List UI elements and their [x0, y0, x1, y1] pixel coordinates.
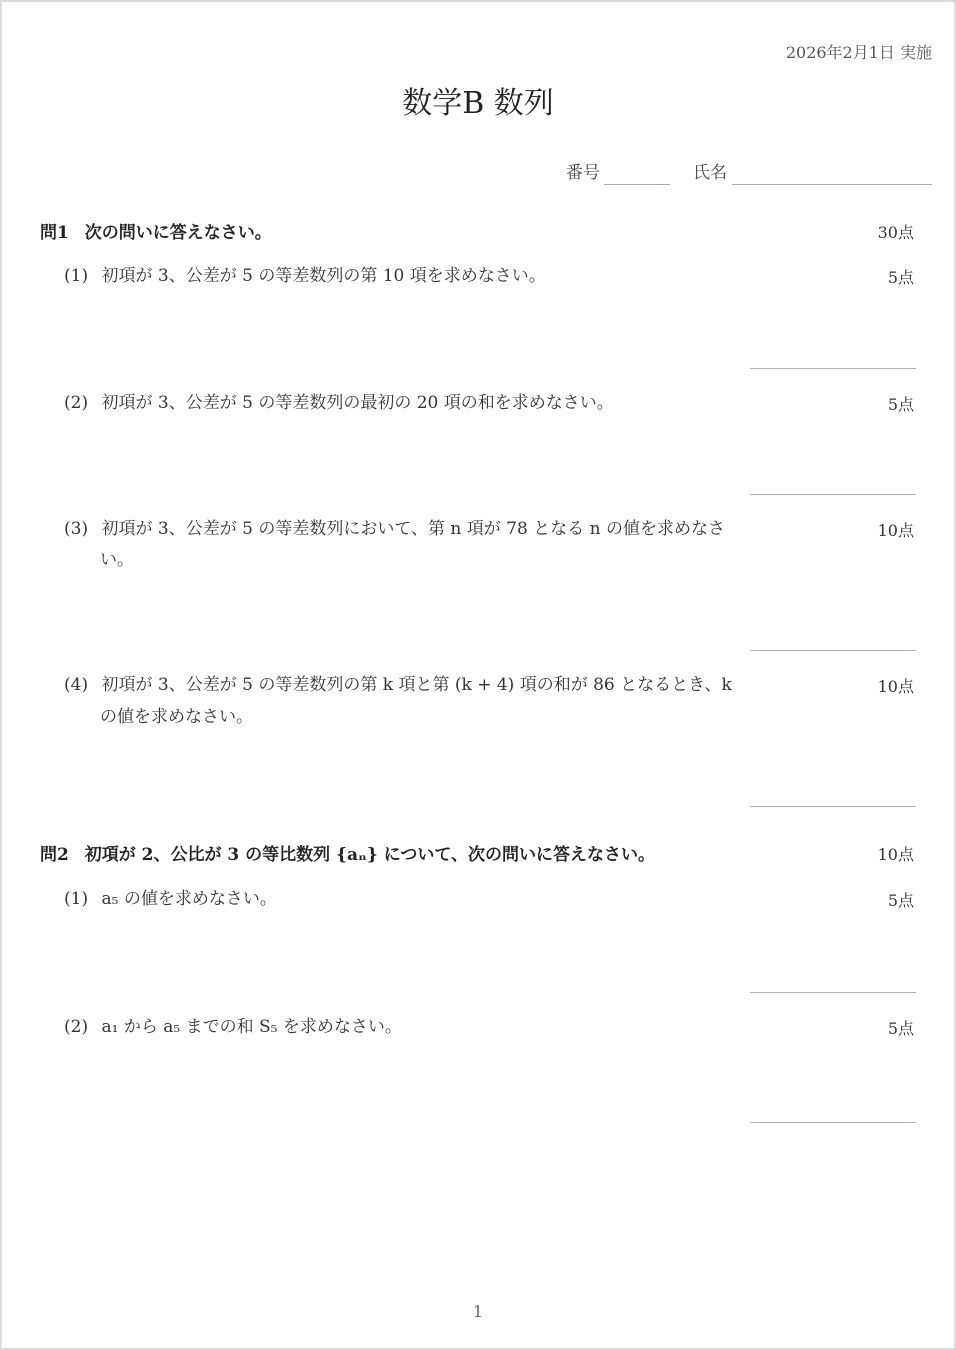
question-1-1: (1) 初項が 3、公差が 5 の等差数列の第 10 項を求めなさい。 — [64, 260, 546, 292]
question-1-label: 問1 — [40, 223, 69, 243]
question-2-header: 問2 初項が 2、公比が 3 の等比数列 {aₙ} について、次の問いに答えなさ… — [40, 840, 655, 865]
question-1-3: (3) 初項が 3、公差が 5 の等差数列において、第 n 項が 78 となる … — [64, 513, 725, 545]
item-number: (3) — [64, 519, 88, 539]
answer-line-1-1[interactable] — [750, 368, 916, 369]
exam-page: 2026年2月1日 実施 数学B 数列 番号 氏名 問1 次の問いに答えなさい。… — [0, 0, 956, 1350]
exam-date: 2026年2月1日 実施 — [786, 40, 932, 63]
question-1-2: (2) 初項が 3、公差が 5 の等差数列の最初の 20 項の和を求めなさい。 — [64, 387, 614, 419]
question-2-2: (2) a₁ から a₅ までの和 S₅ を求めなさい。 — [64, 1011, 402, 1043]
page-number: 1 — [2, 1302, 954, 1321]
question-1-3-points: 10点 — [834, 518, 914, 541]
question-2-label: 問2 — [40, 845, 69, 865]
question-2-text: 初項が 2、公比が 3 の等比数列 {aₙ} について、次の問いに答えなさい。 — [85, 845, 655, 865]
question-1-4-points: 10点 — [834, 674, 914, 697]
answer-line-2-1[interactable] — [750, 992, 916, 993]
item-text-line2: い。 — [100, 544, 134, 576]
question-1-1-points: 5点 — [834, 265, 914, 288]
item-text-line2: の値を求めなさい。 — [100, 701, 253, 733]
answer-line-1-3[interactable] — [750, 650, 916, 651]
question-2-points: 10点 — [834, 842, 914, 865]
question-2-2-points: 5点 — [834, 1016, 914, 1039]
answer-line-1-4[interactable] — [750, 806, 916, 807]
answer-line-2-2[interactable] — [750, 1122, 916, 1123]
question-1-text: 次の問いに答えなさい。 — [85, 223, 272, 243]
item-text: 初項が 3、公差が 5 の等差数列の最初の 20 項の和を求めなさい。 — [102, 393, 614, 413]
name-label: 氏名 — [693, 158, 727, 183]
number-field[interactable] — [604, 184, 670, 185]
question-1-header: 問1 次の問いに答えなさい。 — [40, 218, 272, 243]
item-text: 初項が 3、公差が 5 の等差数列の第 10 項を求めなさい。 — [102, 266, 546, 286]
item-text: a₁ から a₅ までの和 S₅ を求めなさい。 — [102, 1017, 402, 1037]
question-1-4: (4) 初項が 3、公差が 5 の等差数列の第 k 項と第 (k + 4) 項の… — [64, 669, 732, 701]
item-number: (4) — [64, 675, 88, 695]
question-1-points: 30点 — [834, 220, 914, 243]
question-2-1: (1) a₅ の値を求めなさい。 — [64, 883, 277, 915]
number-label: 番号 — [566, 158, 600, 183]
item-number: (2) — [64, 393, 88, 413]
question-1-2-points: 5点 — [834, 392, 914, 415]
page-title: 数学B 数列 — [2, 78, 954, 122]
item-text-line1: 初項が 3、公差が 5 の等差数列において、第 n 項が 78 となる n の値… — [102, 519, 725, 539]
answer-line-1-2[interactable] — [750, 494, 916, 495]
question-2-1-points: 5点 — [834, 888, 914, 911]
item-number: (1) — [64, 266, 88, 286]
name-field[interactable] — [732, 184, 932, 185]
item-text: a₅ の値を求めなさい。 — [102, 889, 277, 909]
item-number: (2) — [64, 1017, 88, 1037]
item-text-line1: 初項が 3、公差が 5 の等差数列の第 k 項と第 (k + 4) 項の和が 8… — [102, 675, 732, 695]
item-number: (1) — [64, 889, 88, 909]
